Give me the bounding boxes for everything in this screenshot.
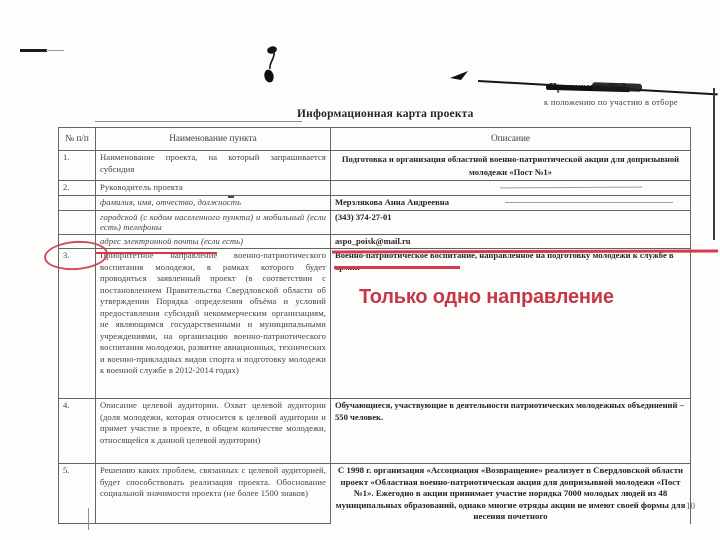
- ink-dash-artifact: [20, 49, 47, 52]
- scan-line-artifact: [88, 508, 89, 530]
- ink-blob-icon: [258, 43, 284, 85]
- row-num: [59, 210, 96, 234]
- row-desc: (343) 374-27-01: [331, 210, 691, 234]
- row-num: [59, 196, 96, 211]
- table-row: городской (с кодом населенного пункта) и…: [59, 210, 691, 234]
- red-underline-mark: [334, 266, 460, 269]
- ink-dash-tail-artifact: [46, 50, 64, 51]
- table-row: адрес электронной почты (если есть) aspo…: [59, 234, 691, 249]
- row-name: Руководитель проекта: [96, 181, 331, 196]
- row-num: 5.: [59, 464, 96, 524]
- ink-smudge-artifact: [592, 82, 642, 92]
- scan-line-artifact: [505, 202, 673, 203]
- row-name: адрес электронной почты (если есть): [96, 234, 331, 249]
- row-desc: С 1998 г. организация «Ассоциация «Возвр…: [331, 464, 691, 524]
- header-num: № п/п: [59, 128, 96, 151]
- row-num-circled: 3.: [59, 249, 96, 399]
- table-row: 1. Наименование проекта, на который запр…: [59, 151, 691, 181]
- table-row: 5. Решению каких проблем, связанных с це…: [59, 464, 691, 524]
- row-desc: aspo_poisk@mail.ru: [331, 234, 691, 249]
- header-name: Наименование пункта: [96, 128, 331, 151]
- table-row: 2. Руководитель проекта: [59, 181, 691, 196]
- row-num: 1.: [59, 151, 96, 181]
- row-name: Решению каких проблем, связанных с целев…: [96, 464, 331, 524]
- scanned-slide: Приложение № 3 к положению по участию в …: [0, 0, 720, 540]
- row-num: 4.: [59, 399, 96, 464]
- title-underline-artifact: [95, 121, 302, 122]
- right-edge-line-artifact: [713, 88, 715, 240]
- reviewer-annotation: Только одно направление: [359, 286, 614, 309]
- row-desc: Подготовка и организация областной военн…: [331, 151, 691, 181]
- row-num: 2.: [59, 181, 96, 196]
- ink-dots-artifact: [228, 196, 234, 198]
- table-header-row: № п/п Наименование пункта Описание: [59, 128, 691, 151]
- row-name: фамилия, имя, отчество, должность: [96, 196, 331, 211]
- row-name: Наименование проекта, на который запраши…: [96, 151, 331, 181]
- red-underline-mark: [95, 252, 217, 254]
- appendix-note-line2: к положению по участию в отборе: [544, 97, 678, 107]
- page-number: 10: [686, 501, 695, 511]
- row-desc: Военно-патриотическое воспитание, направ…: [331, 249, 691, 399]
- row-desc: Обучающиеся, участвующие в деятельности …: [331, 399, 691, 464]
- document-title: Информационная карта проекта: [297, 108, 474, 120]
- table-row: 4. Описание целевой аудитории. Охват цел…: [59, 399, 691, 464]
- header-description: Описание: [331, 128, 691, 151]
- ink-arrowhead-artifact: [450, 71, 470, 81]
- row-name: Описание целевой аудитории. Охват целево…: [96, 399, 331, 464]
- table-row-priority-direction: 3. Приоритетное направление военно-патри…: [59, 249, 691, 399]
- row-name: городской (с кодом населенного пункта) и…: [96, 210, 331, 234]
- row-name: Приоритетное направление военно-патриоти…: [96, 249, 331, 399]
